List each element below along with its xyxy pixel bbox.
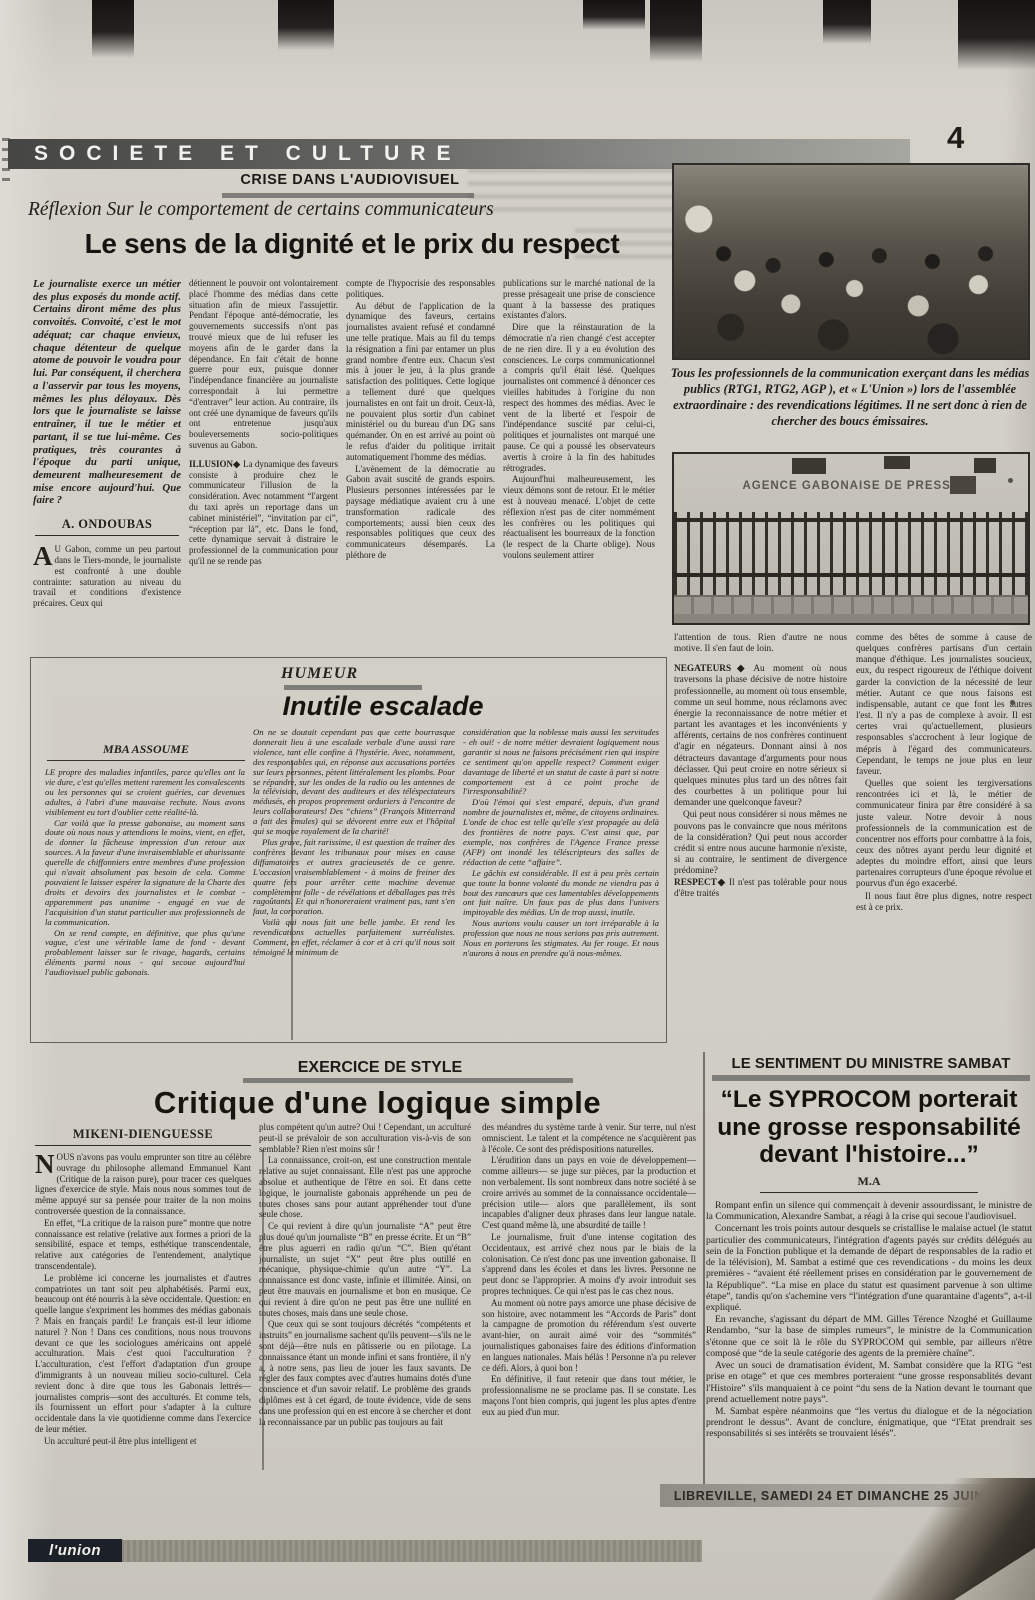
paragraph-lead: RESPECT◆ — [674, 878, 726, 888]
paper-crease — [291, 760, 293, 1040]
paragraph: publications sur le marché national de l… — [503, 278, 655, 321]
paragraph-lead: ILLUSION◆ — [189, 459, 240, 469]
newspaper-page: SOCIETE ET CULTURE 4 CRISE DANS L'AUDIOV… — [0, 0, 1035, 1600]
lunion-logo-text: l'union — [49, 1542, 101, 1559]
paragraph-text: Au moment où nous traversons la phase dé… — [674, 664, 847, 808]
humeur-column-2: On ne se doutait cependant pas que cette… — [253, 728, 455, 1038]
kicker-underline — [222, 193, 474, 198]
paragraph-text: La dynamique des faveurs consiste à prod… — [189, 459, 338, 566]
ground — [674, 614, 1028, 623]
paragraph: Le gâchis est considérable. Il est à peu… — [463, 869, 659, 919]
fence — [674, 512, 1028, 597]
scan-streak — [823, 0, 871, 44]
column-rule — [703, 1052, 705, 1490]
sambat-rubric: LE SENTIMENT DU MINISTRE SAMBAT — [710, 1055, 1032, 1072]
paragraph: des méandres du système tarde à venir. S… — [482, 1122, 696, 1154]
paragraph: ILLUSION◆La dynamique des faveurs consis… — [189, 459, 338, 567]
paragraph: Rompant enfin un silence qui commençait … — [706, 1200, 1032, 1222]
paragraph: LE propre des maladies infantiles, parce… — [45, 768, 245, 818]
paragraph: Le problème ici concerne les journaliste… — [35, 1273, 251, 1435]
humeur-box: HUMEUR Inutile escalade MBA ASSOUME LE p… — [30, 657, 667, 1043]
exercice-column-2: plus compétent qu'un autre? Oui ! Cepend… — [259, 1122, 471, 1540]
exercice-column-1: NOUS n'avons pas voulu emprunter son tit… — [35, 1152, 251, 1538]
paragraph: RESPECT◆Il n'est pas tolérable pour nous… — [674, 878, 847, 900]
exercice-rubric-underline — [243, 1078, 573, 1083]
building-window — [792, 458, 826, 474]
paragraph: Qui peut nous considérer si nous mêmes n… — [674, 810, 847, 877]
paragraph: détiennent le pouvoir ont volontairement… — [189, 278, 338, 451]
sambat-headline: “Le SYPROCOM porterait une grosse respon… — [706, 1086, 1032, 1169]
paragraph: Il nous faut être plus dignes, notre res… — [856, 892, 1032, 914]
humeur-rubric-underline — [284, 685, 422, 690]
article-intro: Le journaliste exerce un métier des plus… — [33, 278, 181, 507]
sambat-byline: M.A — [760, 1174, 978, 1193]
brick-wall — [674, 595, 1028, 615]
humeur-column-1: LE propre des maladies infantiles, parce… — [45, 768, 245, 1036]
scan-streak — [92, 0, 134, 58]
exercice-headline: Critique d'une logique simple — [55, 1085, 700, 1121]
sambat-rubric-underline — [712, 1075, 1030, 1081]
fence-rail — [674, 573, 1028, 577]
staple-hole — [1008, 478, 1013, 483]
paragraph: L'érudition dans un pays en voie de déve… — [482, 1155, 696, 1231]
paragraph: compte de l'hypocrisie des responsables … — [346, 278, 495, 300]
paragraph: Ce qui revient à dire qu'un journaliste … — [259, 1221, 471, 1318]
paragraph: l'attention de tous. Rien d'autre ne nou… — [674, 633, 847, 655]
paragraph: D'où l'émoi qui s'est emparé, depuis, d'… — [463, 798, 659, 867]
section-banner-label: SOCIETE ET CULTURE — [8, 142, 461, 166]
exercice-rubric: EXERCICE DE STYLE — [230, 1059, 530, 1077]
footer-bar — [28, 1540, 702, 1562]
paragraph: comme des bêtes de somme à cause de quel… — [856, 633, 1032, 778]
paragraph: Aujourd'hui malheureusement, les vieux d… — [503, 474, 655, 560]
agp-building-photo: AGENCE GABONAISE DE PRESSE — [672, 452, 1030, 625]
lunion-logo: l'union — [28, 1539, 122, 1562]
paragraph: En revanche, s'agissant du départ de MM.… — [706, 1314, 1032, 1359]
article-headline: Le sens de la dignité et le prix du resp… — [48, 228, 656, 260]
paragraph: Le journalisme, fruit d'une intense cogi… — [482, 1232, 696, 1297]
sambat-text: Rompant enfin un silence qui commençait … — [706, 1200, 1032, 1488]
humeur-rubric: HUMEUR — [281, 665, 481, 683]
paragraph: Quelles que soient les tergiversations r… — [856, 779, 1032, 891]
staple-hole — [1010, 700, 1015, 705]
paragraph: La connaissance, croit-on, est une const… — [259, 1155, 471, 1220]
paragraph: Car voilà que la presse gabonaise, au mo… — [45, 819, 245, 928]
paragraph: AU Gabon, comme un peu partout dans le T… — [33, 544, 181, 609]
paragraph: Avec un souci de dramatisation évident, … — [706, 1360, 1032, 1405]
paragraph: NOUS n'avons pas voulu emprunter son tit… — [35, 1152, 251, 1217]
humeur-headline: Inutile escalade — [241, 691, 525, 722]
scan-streak — [278, 0, 334, 50]
article-column-6: comme des bêtes de somme à cause de quel… — [856, 633, 1032, 1041]
scan-streak — [958, 0, 1035, 70]
paragraph: considération que la noblesse mais aussi… — [463, 728, 659, 797]
building-window — [974, 458, 996, 473]
paragraph: NEGATEURS◆Au moment où nous traversons l… — [674, 664, 847, 809]
paragraph: Un acculturé peut-il être plus intellige… — [35, 1436, 251, 1447]
paragraph: Dire que la réinstauration de la démocra… — [503, 322, 655, 473]
article-column-5: l'attention de tous. Rien d'autre ne nou… — [674, 633, 847, 1041]
building-window — [884, 456, 910, 469]
paragraph: En effet, “La critique de la raison pure… — [35, 1218, 251, 1272]
paragraph: Que ceux qui se sont toujours décrétés “… — [259, 1319, 471, 1427]
paragraph: Plus grave, fait rarissime, il est quest… — [253, 838, 455, 917]
paragraph: plus compétent qu'un autre? Oui ! Cepend… — [259, 1122, 471, 1154]
humeur-column-3: considération que la noblesse mais aussi… — [463, 728, 659, 1038]
exercice-byline: MIKENI-DIENGUESSE — [35, 1127, 251, 1146]
paragraph: M. Sambat espère néanmoins que “les vert… — [706, 1406, 1032, 1440]
paragraph: Nous aurions voulu causer un tort irrépa… — [463, 919, 659, 959]
dropcap: A — [33, 544, 55, 567]
page-number: 4 — [947, 120, 964, 156]
humeur-byline: MBA ASSOUME — [47, 742, 245, 761]
paragraph: On se rend compte, en définitive, que pl… — [45, 929, 245, 979]
paragraph: Au début de l'application de la dynamiqu… — [346, 301, 495, 463]
paragraph-text: U Gabon, comme un peu partout dans le Ti… — [33, 544, 181, 608]
paragraph: Au moment où notre pays amorce une phase… — [482, 1298, 696, 1374]
paper-crease — [262, 1150, 264, 1470]
agp-sign-logo — [950, 476, 976, 494]
paragraph: En définitive, il faut retenir que dans … — [482, 1374, 696, 1417]
article-column-1: Le journaliste exerce un métier des plus… — [33, 278, 181, 656]
exercice-column-3: des méandres du système tarde à venir. S… — [482, 1122, 696, 1540]
paragraph: Voilà qui nous fait une belle jambe. Et … — [253, 918, 455, 958]
paragraph-text: OUS n'avons pas voulu emprunter son titr… — [35, 1152, 251, 1216]
paragraph: L'avènement de la démocratie au Gabon av… — [346, 464, 495, 561]
assembly-photo — [672, 163, 1030, 360]
scan-streak — [583, 0, 645, 30]
article-column-4: publications sur le marché national de l… — [503, 278, 655, 656]
article-column-3: compte de l'hypocrisie des responsables … — [346, 278, 495, 656]
photo-caption: Tous les professionnels de la communicat… — [668, 365, 1032, 430]
paragraph: On ne se doutait cependant pas que cette… — [253, 728, 455, 837]
dropcap: N — [35, 1152, 57, 1175]
paragraph: Concernant les trois points autour desqu… — [706, 1223, 1032, 1313]
scan-streak — [650, 0, 702, 62]
paragraph-lead: NEGATEURS◆ — [674, 664, 750, 674]
article-byline: A. ONDOUBAS — [35, 517, 179, 536]
article-column-2: détiennent le pouvoir ont volontairement… — [189, 278, 338, 656]
article-subtitle: Réflexion Sur le comportement de certain… — [28, 199, 593, 221]
